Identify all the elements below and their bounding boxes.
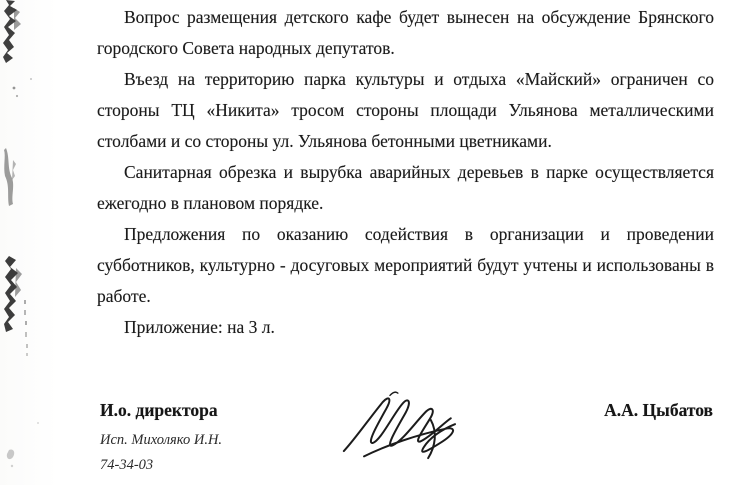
scanned-document-page: Вопрос размещения детского кафе будет вы… xyxy=(0,0,730,485)
paragraph-proposals: Предложения по оказанию содействия в орг… xyxy=(97,219,714,312)
signer-name: А.А. Цыбатов xyxy=(604,400,713,421)
executor-phone: 74-34-03 xyxy=(100,457,153,474)
signature-position-title: И.о. директора xyxy=(100,400,218,421)
executor-line: Исп. Михоляко И.Н. xyxy=(100,432,222,449)
document-text-block: Вопрос размещения детского кафе будет вы… xyxy=(97,2,714,343)
scan-noise-artifacts xyxy=(0,0,50,485)
attachment-line: Приложение: на 3 л. xyxy=(97,312,714,343)
paragraph-tree-maintenance: Санитарная обрезка и вырубка аварийных д… xyxy=(97,157,714,219)
paragraph-cafe-discussion: Вопрос размещения детского кафе будет вы… xyxy=(97,2,714,64)
paragraph-park-entry-restriction: Въезд на территорию парка культуры и отд… xyxy=(97,64,714,157)
handwritten-signature xyxy=(334,383,472,470)
